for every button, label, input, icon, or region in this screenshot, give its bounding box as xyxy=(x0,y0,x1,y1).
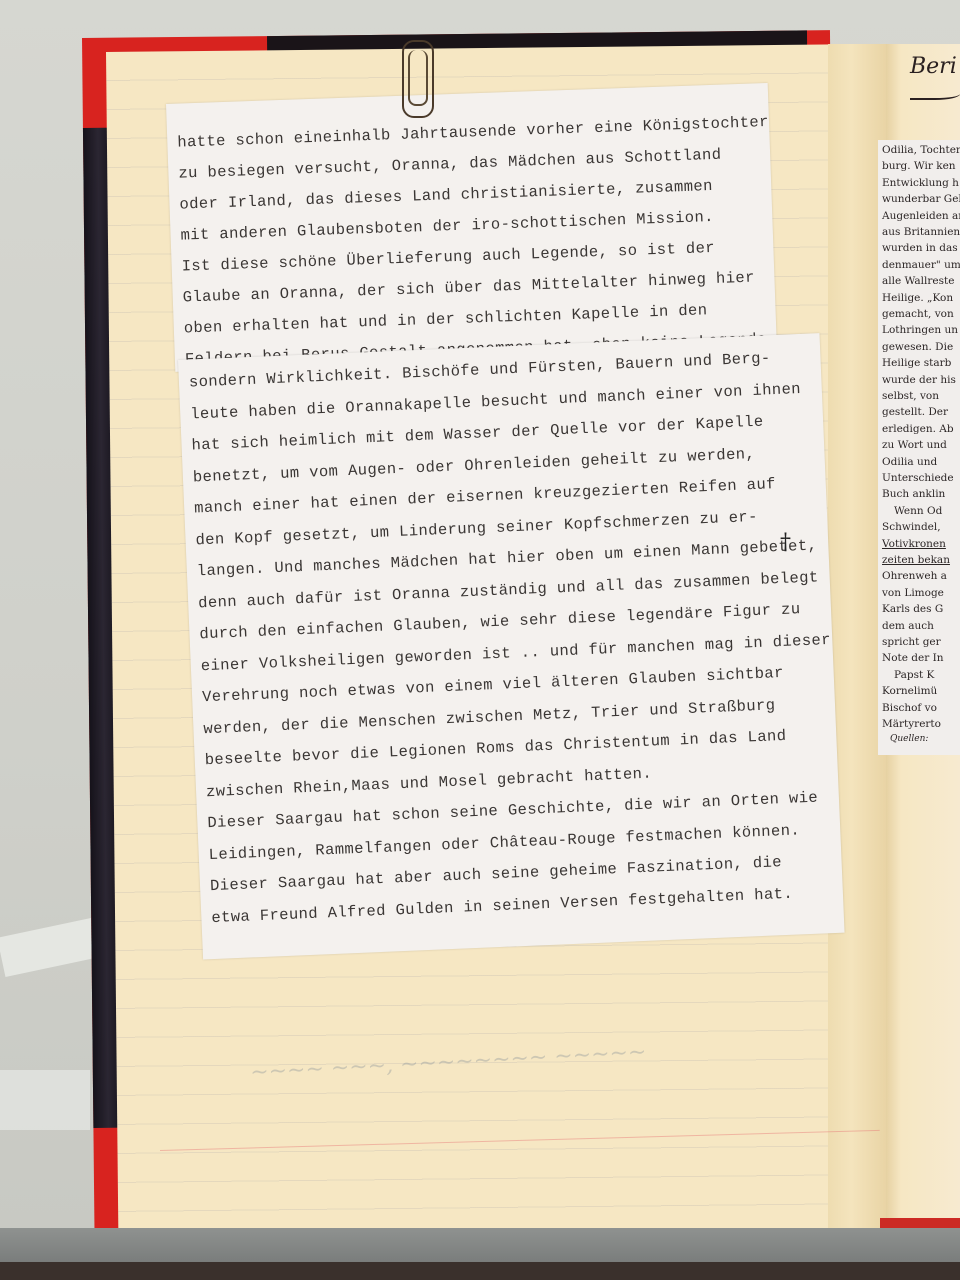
typed-line: mit anderen Glaubensboten der iro-schott… xyxy=(180,208,714,245)
clipping-line: Lothringen un xyxy=(882,324,958,336)
shelf-shadow xyxy=(0,1262,960,1280)
clipping-line: Entwicklung h xyxy=(882,177,959,189)
clipping-line: erledigen. Ab xyxy=(882,423,954,435)
clipping-line: Votivkronen xyxy=(882,538,946,550)
typed-line: zwischen Rhein,Maas und Mosel gebracht h… xyxy=(206,764,653,801)
clipping-line: Kornelimü xyxy=(882,685,937,697)
newspaper-clipping: Odilia, Tochterburg. Wir kenEntwicklung … xyxy=(878,140,960,755)
clipping-line: gewesen. Die xyxy=(882,341,953,353)
margin-cross-mark: † xyxy=(780,530,791,555)
clipping-line: zu Wort und xyxy=(882,439,947,451)
clipping-line: Augenleiden an xyxy=(882,210,960,222)
clipping-line: Ohrenweh a xyxy=(882,570,947,582)
clipping-line: Odilia, Tochter xyxy=(882,144,960,156)
clipping-line: gestellt. Der xyxy=(882,406,948,418)
clipping-line: Unterschiede xyxy=(882,472,954,484)
clipping-line: wunderbar Geh xyxy=(882,193,960,205)
typed-line: zu besiegen versucht, Oranna, das Mädche… xyxy=(178,146,722,183)
clipping-line: Heilige starb xyxy=(882,357,951,369)
clipping-line: Bischof vo xyxy=(882,702,937,714)
clipping-line: Quellen: xyxy=(890,734,928,744)
clipping-line: dem auch xyxy=(882,620,934,632)
clipping-line: Odilia und xyxy=(882,456,937,468)
clipping-line: wurden in das xyxy=(882,242,958,254)
clipping-line: gemacht, von xyxy=(882,308,954,320)
typed-line: oben erhalten hat und in der schlichten … xyxy=(184,301,708,337)
typed-sheet-1: hatte schon eineinhalb Jahrtausende vorh… xyxy=(166,83,777,372)
clipping-line: spricht ger xyxy=(882,636,941,648)
clipping-line: Buch anklin xyxy=(882,488,945,500)
clipping-line: Heilige. „Kon xyxy=(882,292,953,304)
typed-line: Glaube an Oranna, der sich über das Mitt… xyxy=(182,269,755,307)
clipping-line: von Limoge xyxy=(882,587,944,599)
clipping-line: burg. Wir ken xyxy=(882,160,956,172)
paperclip-inner xyxy=(408,50,428,106)
clipping-line: wurde der his xyxy=(882,374,956,386)
typed-line: hatte schon eineinhalb Jahrtausende vorh… xyxy=(177,113,769,152)
handwritten-underline xyxy=(910,88,960,100)
typed-line: Ist diese schöne Überlieferung auch Lege… xyxy=(181,239,715,276)
clipping-line: denmauer" um xyxy=(882,259,960,271)
clipping-line: aus Britannien xyxy=(882,226,960,238)
handwritten-note: Beri xyxy=(910,54,957,79)
clipping-line: alle Wallreste xyxy=(882,275,954,287)
clipping-line: selbst, von xyxy=(882,390,939,402)
typed-sheet-2: sondern Wirklichkeit. Bischöfe und Fürst… xyxy=(178,333,845,959)
clipping-line: Wenn Od xyxy=(894,505,942,517)
clipping-line: Note der In xyxy=(882,652,943,664)
shelf-edge xyxy=(0,1228,960,1262)
tape-strip xyxy=(0,1070,90,1130)
clipping-line: Schwindel, xyxy=(882,521,941,533)
typed-line: oder Irland, das dieses Land christianis… xyxy=(179,177,713,214)
clipping-line: Karls des G xyxy=(882,603,943,615)
clipping-line: Papst K xyxy=(894,669,934,681)
clipping-line: Märtyrerto xyxy=(882,718,941,730)
clipping-line: zeiten bekan xyxy=(882,554,950,566)
